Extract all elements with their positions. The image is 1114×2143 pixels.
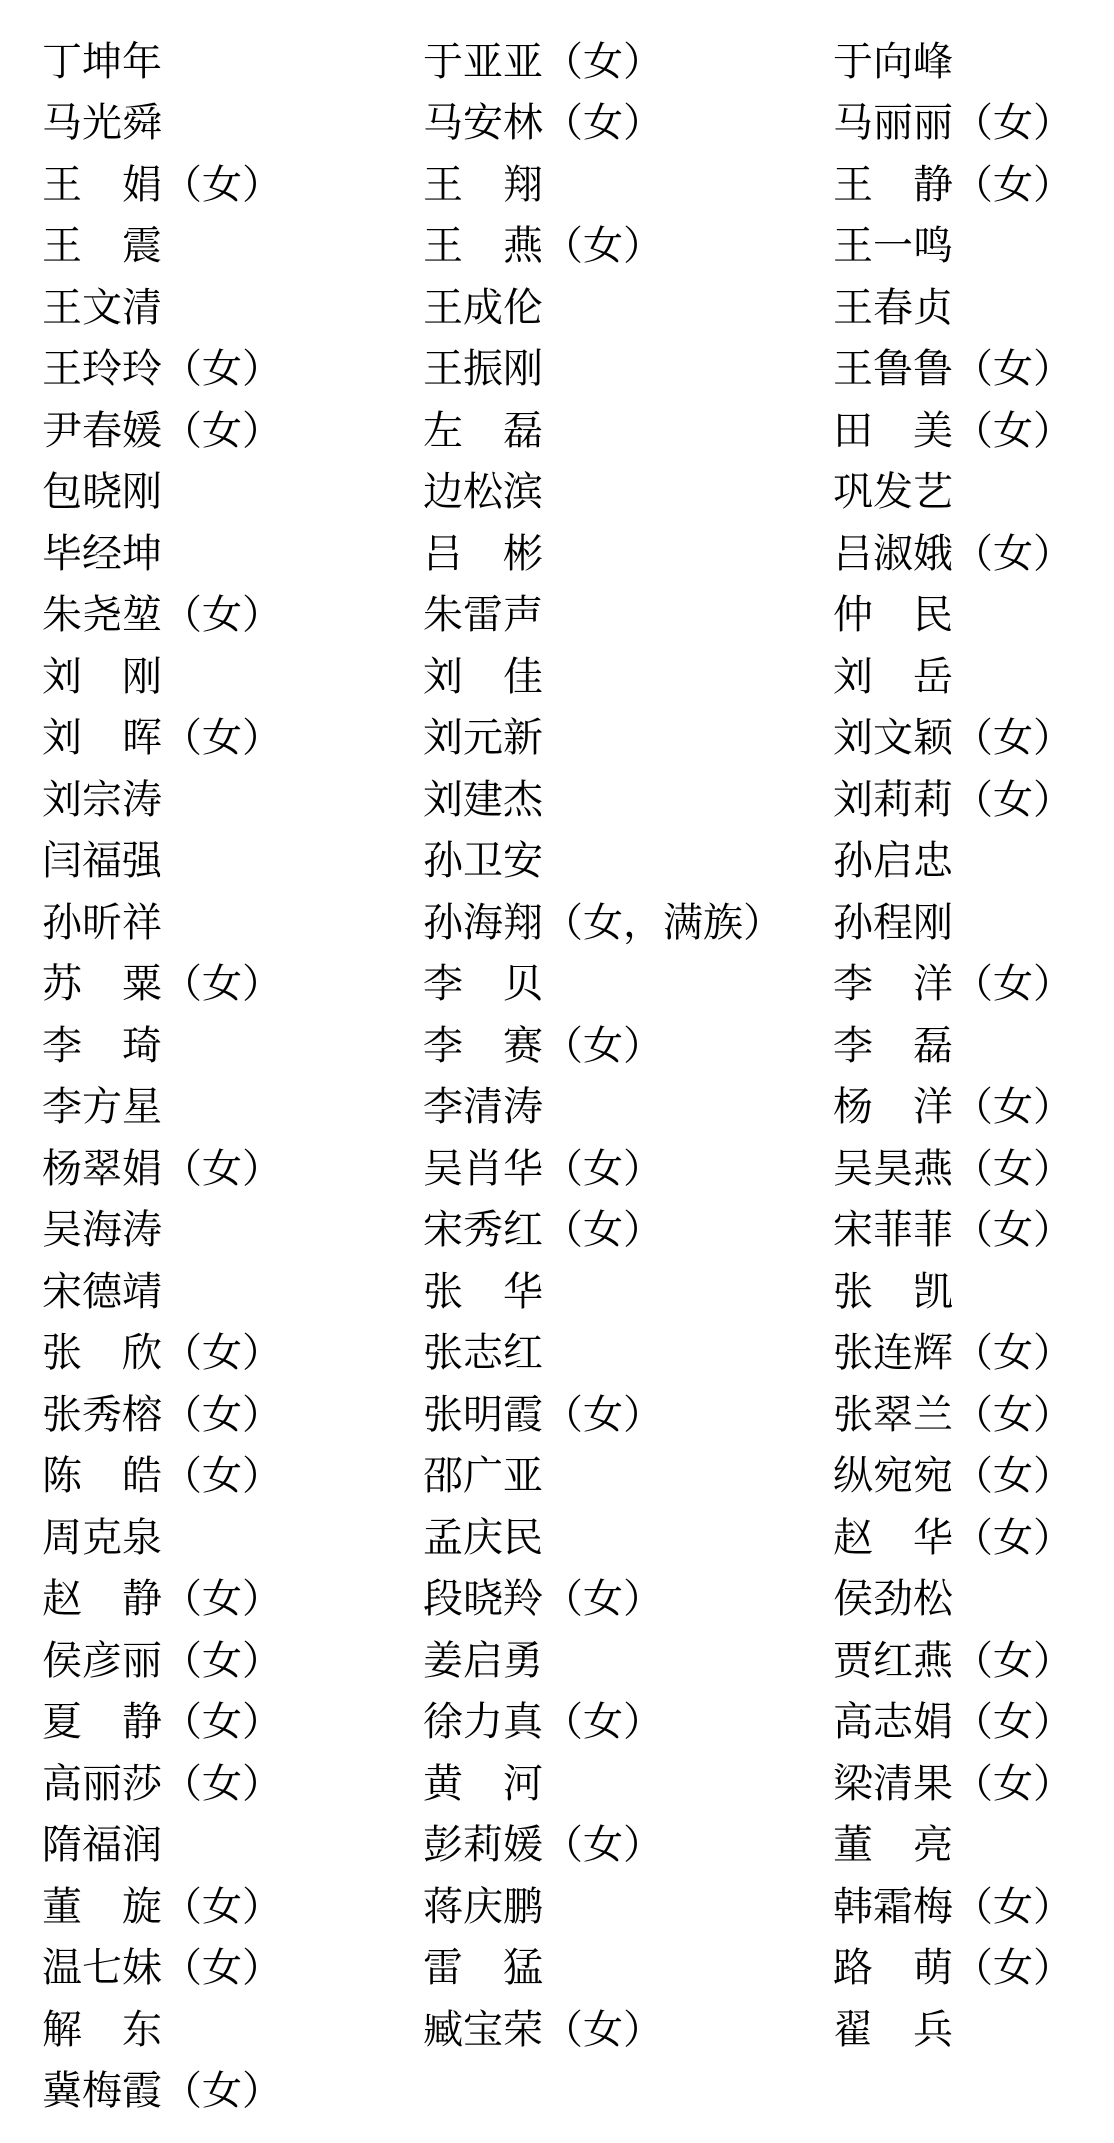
name-row: 苏 粟（女）李 贝李 洋（女） — [42, 954, 1114, 1016]
name-entry: 陈 皓（女） — [42, 1456, 423, 1496]
name-row: 李 琦李 赛（女）李 磊 — [42, 1015, 1114, 1077]
name-row: 王 娟（女）王 翔王 静（女） — [42, 154, 1114, 216]
name-entry: 雷 猛 — [423, 1948, 833, 1988]
name-row: 侯彦丽（女）姜启勇贾红燕（女） — [42, 1630, 1114, 1692]
name-entry: 夏 静（女） — [42, 1702, 423, 1742]
name-entry: 于向峰 — [833, 42, 1114, 82]
name-entry: 纵宛宛（女） — [833, 1456, 1114, 1496]
name-row: 闫福强孙卫安孙启忠 — [42, 831, 1114, 893]
name-entry: 高丽莎（女） — [42, 1764, 423, 1804]
name-entry: 王一鸣 — [833, 226, 1114, 266]
name-entry: 段晓羚（女） — [423, 1579, 833, 1619]
name-row: 孙昕祥孙海翔（女，满族）孙程刚 — [42, 892, 1114, 954]
name-entry: 宋德靖 — [42, 1272, 423, 1312]
name-row: 刘 刚刘 佳刘 岳 — [42, 646, 1114, 708]
name-entry: 刘建杰 — [423, 780, 833, 820]
name-entry: 王鲁鲁（女） — [833, 349, 1114, 389]
name-entry: 赵 静（女） — [42, 1579, 423, 1619]
name-entry: 隋福润 — [42, 1825, 423, 1865]
name-entry: 李 赛（女） — [423, 1026, 833, 1066]
document-page: 丁坤年于亚亚（女）于向峰马光舜马安林（女）马丽丽（女）王 娟（女）王 翔王 静（… — [0, 0, 1114, 2143]
name-entry: 黄 河 — [423, 1764, 833, 1804]
name-entry: 丁坤年 — [42, 42, 423, 82]
name-entry: 张翠兰（女） — [833, 1395, 1114, 1435]
name-entry: 杨翠娟（女） — [42, 1149, 423, 1189]
name-row: 包晓刚边松滨巩发艺 — [42, 462, 1114, 524]
name-entry: 尹春媛（女） — [42, 411, 423, 451]
name-entry: 边松滨 — [423, 472, 833, 512]
name-entry: 徐力真（女） — [423, 1702, 833, 1742]
name-entry: 张 华 — [423, 1272, 833, 1312]
name-entry: 王 震 — [42, 226, 423, 266]
name-entry: 冀梅霞（女） — [42, 2071, 423, 2111]
name-entry: 孙卫安 — [423, 841, 833, 881]
name-entry: 路 萌（女） — [833, 1948, 1114, 1988]
name-entry: 张秀榕（女） — [42, 1395, 423, 1435]
name-entry: 张连辉（女） — [833, 1333, 1114, 1373]
name-entry: 左 磊 — [423, 411, 833, 451]
name-entry: 吴肖华（女） — [423, 1149, 833, 1189]
name-row: 丁坤年于亚亚（女）于向峰 — [42, 31, 1114, 93]
name-entry: 王 翔 — [423, 165, 833, 205]
name-entry: 刘文颖（女） — [833, 718, 1114, 758]
name-entry: 臧宝荣（女） — [423, 2010, 833, 2050]
name-row: 杨翠娟（女）吴肖华（女）吴昊燕（女） — [42, 1138, 1114, 1200]
name-row: 温七妹（女）雷 猛路 萌（女） — [42, 1938, 1114, 2000]
name-row: 宋德靖张 华张 凯 — [42, 1261, 1114, 1323]
name-entry: 李 贝 — [423, 964, 833, 1004]
name-entry: 朱雷声 — [423, 595, 833, 635]
name-row: 解 东臧宝荣（女）翟 兵 — [42, 1999, 1114, 2061]
name-entry: 周克泉 — [42, 1518, 423, 1558]
name-entry: 杨 洋（女） — [833, 1087, 1114, 1127]
name-entry: 刘 刚 — [42, 657, 423, 697]
name-entry: 宋秀红（女） — [423, 1210, 833, 1250]
name-entry: 包晓刚 — [42, 472, 423, 512]
name-row: 隋福润彭莉媛（女）董 亮 — [42, 1815, 1114, 1877]
name-entry: 田 美（女） — [833, 411, 1114, 451]
name-entry: 闫福强 — [42, 841, 423, 881]
name-entry: 张 欣（女） — [42, 1333, 423, 1373]
name-row: 张 欣（女）张志红张连辉（女） — [42, 1323, 1114, 1385]
name-list: 丁坤年于亚亚（女）于向峰马光舜马安林（女）马丽丽（女）王 娟（女）王 翔王 静（… — [42, 31, 1114, 2122]
name-entry: 朱尧堃（女） — [42, 595, 423, 635]
name-entry: 蒋庆鹏 — [423, 1887, 833, 1927]
name-entry: 宋菲菲（女） — [833, 1210, 1114, 1250]
name-entry: 吕淑娥（女） — [833, 534, 1114, 574]
name-entry: 马丽丽（女） — [833, 103, 1114, 143]
name-row: 董 旋（女）蒋庆鹏韩霜梅（女） — [42, 1876, 1114, 1938]
name-entry: 王 燕（女） — [423, 226, 833, 266]
name-row: 刘 晖（女）刘元新刘文颖（女） — [42, 708, 1114, 770]
name-row: 王玲玲（女）王振刚王鲁鲁（女） — [42, 339, 1114, 401]
name-entry: 刘莉莉（女） — [833, 780, 1114, 820]
name-entry: 王玲玲（女） — [42, 349, 423, 389]
name-entry: 马光舜 — [42, 103, 423, 143]
name-row: 冀梅霞（女） — [42, 2061, 1114, 2123]
name-entry: 王振刚 — [423, 349, 833, 389]
name-entry: 张明霞（女） — [423, 1395, 833, 1435]
name-row: 吴海涛宋秀红（女）宋菲菲（女） — [42, 1200, 1114, 1262]
name-entry: 高志娟（女） — [833, 1702, 1114, 1742]
name-entry: 张 凯 — [833, 1272, 1114, 1312]
name-entry: 刘元新 — [423, 718, 833, 758]
name-entry: 刘 晖（女） — [42, 718, 423, 758]
name-row: 陈 皓（女）邵广亚纵宛宛（女） — [42, 1446, 1114, 1508]
name-entry: 李 洋（女） — [833, 964, 1114, 1004]
name-row: 朱尧堃（女）朱雷声仲 民 — [42, 585, 1114, 647]
name-entry: 韩霜梅（女） — [833, 1887, 1114, 1927]
name-entry: 刘宗涛 — [42, 780, 423, 820]
name-entry: 赵 华（女） — [833, 1518, 1114, 1558]
name-entry: 董 旋（女） — [42, 1887, 423, 1927]
name-entry: 李清涛 — [423, 1087, 833, 1127]
name-entry: 李 磊 — [833, 1026, 1114, 1066]
name-entry: 侯劲松 — [833, 1579, 1114, 1619]
name-entry: 贾红燕（女） — [833, 1641, 1114, 1681]
name-entry: 邵广亚 — [423, 1456, 833, 1496]
name-row: 刘宗涛刘建杰刘莉莉（女） — [42, 769, 1114, 831]
name-entry: 王文清 — [42, 288, 423, 328]
name-row: 周克泉孟庆民赵 华（女） — [42, 1507, 1114, 1569]
name-entry: 解 东 — [42, 2010, 423, 2050]
name-entry: 孙启忠 — [833, 841, 1114, 881]
name-row: 王文清王成伦王春贞 — [42, 277, 1114, 339]
name-entry: 孙海翔（女，满族） — [423, 903, 833, 943]
name-row: 毕经坤吕 彬吕淑娥（女） — [42, 523, 1114, 585]
name-row: 张秀榕（女）张明霞（女）张翠兰（女） — [42, 1384, 1114, 1446]
name-entry: 吴海涛 — [42, 1210, 423, 1250]
name-row: 王 震王 燕（女）王一鸣 — [42, 216, 1114, 278]
name-entry: 毕经坤 — [42, 534, 423, 574]
name-row: 尹春媛（女）左 磊田 美（女） — [42, 400, 1114, 462]
name-entry: 王 娟（女） — [42, 165, 423, 205]
name-entry: 王春贞 — [833, 288, 1114, 328]
name-entry: 姜启勇 — [423, 1641, 833, 1681]
name-entry: 孙昕祥 — [42, 903, 423, 943]
name-entry: 李方星 — [42, 1087, 423, 1127]
name-entry: 马安林（女） — [423, 103, 833, 143]
name-entry: 巩发艺 — [833, 472, 1114, 512]
name-entry: 苏 粟（女） — [42, 964, 423, 1004]
name-entry: 侯彦丽（女） — [42, 1641, 423, 1681]
name-entry: 张志红 — [423, 1333, 833, 1373]
name-row: 李方星李清涛杨 洋（女） — [42, 1077, 1114, 1139]
name-row: 马光舜马安林（女）马丽丽（女） — [42, 93, 1114, 155]
name-entry: 王 静（女） — [833, 165, 1114, 205]
name-row: 赵 静（女）段晓羚（女）侯劲松 — [42, 1569, 1114, 1631]
name-entry: 吕 彬 — [423, 534, 833, 574]
name-entry: 李 琦 — [42, 1026, 423, 1066]
name-entry: 吴昊燕（女） — [833, 1149, 1114, 1189]
name-entry: 于亚亚（女） — [423, 42, 833, 82]
name-entry: 梁清果（女） — [833, 1764, 1114, 1804]
name-entry: 刘 岳 — [833, 657, 1114, 697]
name-entry: 彭莉媛（女） — [423, 1825, 833, 1865]
name-entry: 董 亮 — [833, 1825, 1114, 1865]
name-row: 高丽莎（女）黄 河梁清果（女） — [42, 1753, 1114, 1815]
name-entry: 仲 民 — [833, 595, 1114, 635]
name-entry: 孙程刚 — [833, 903, 1114, 943]
name-entry: 王成伦 — [423, 288, 833, 328]
name-entry: 刘 佳 — [423, 657, 833, 697]
name-entry: 翟 兵 — [833, 2010, 1114, 2050]
name-entry: 温七妹（女） — [42, 1948, 423, 1988]
name-row: 夏 静（女）徐力真（女）高志娟（女） — [42, 1692, 1114, 1754]
name-entry: 孟庆民 — [423, 1518, 833, 1558]
